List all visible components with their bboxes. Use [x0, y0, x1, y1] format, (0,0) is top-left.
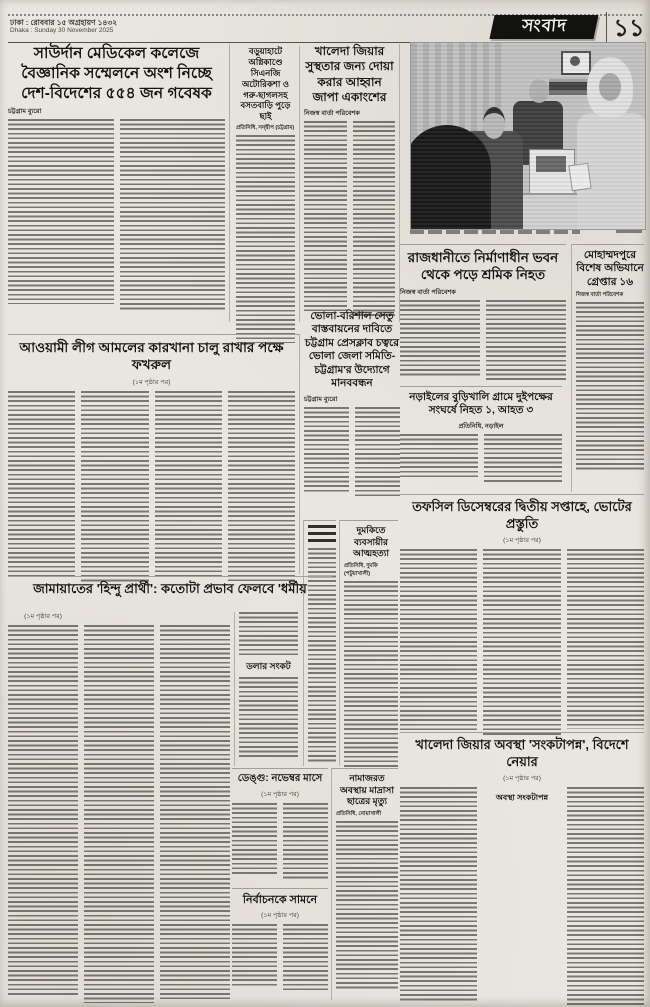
continued-from-page1: (১ম পৃষ্ঠার পর): [400, 535, 644, 546]
headline: বড়ুয়াহাটে অগ্নিকাণ্ডে সিএনজি অটোরিকশা …: [236, 46, 295, 122]
byline: চট্টগ্রাম ব্যুরো: [304, 394, 400, 405]
body-text: [336, 821, 398, 989]
text-column: [344, 581, 398, 769]
small-subhead-lines: [308, 525, 336, 545]
text-column: [8, 625, 78, 995]
text-column: [8, 119, 114, 304]
article-bhola-bridge: ভোলা-বরিশাল সেতু বাস্তবায়নের দাবিতে চট্…: [304, 310, 400, 520]
continued-from-page1: (১ম পৃষ্ঠার পর): [400, 773, 644, 784]
text-column: [567, 549, 644, 729]
text-block: [239, 612, 298, 656]
article-jamaat-hindu-body: (১ম পৃষ্ঠার পর): [8, 610, 230, 1000]
headline: মোহাম্মদপুরে বিশেষ অভিযানে গ্রেপ্তার ১৬: [576, 249, 644, 289]
mid-column-dollar: ডলার সংকট: [234, 612, 298, 766]
body-text: [400, 549, 644, 735]
masthead-title: সংবাদ: [520, 13, 568, 41]
headline: ডেঙ্গু: নভেম্বর মাসে: [232, 773, 328, 786]
dateline-bangla: ঢাকা : রোববার ১৫ অগ্রহায়ণ ১৪৩২: [10, 18, 230, 27]
text-column: অবস্থা সংকটাপন্ন: [483, 787, 560, 810]
text-column: [304, 121, 347, 311]
newspaper-page: ঢাকা : রোববার ১৫ অগ্রহায়ণ ১৪৩২ Dhaka : …: [0, 0, 650, 1007]
headline: ভোলা-বরিশাল সেতু বাস্তবায়নের দাবিতে চট্…: [304, 310, 400, 391]
text-column: [483, 549, 560, 735]
photo-caption: [410, 230, 580, 234]
byline: প্রতিনিধি, দুমকি (পটুয়াখালী): [344, 563, 398, 579]
text-column: [576, 302, 644, 472]
text-column: [232, 803, 277, 875]
news-photo: [410, 42, 646, 230]
body-text: [400, 300, 566, 382]
body-text: [8, 119, 225, 311]
continued-from-page1: (১ম পৃষ্ঠার পর): [232, 910, 328, 921]
text-column: [400, 300, 480, 378]
header-divider: [606, 12, 607, 42]
headline: খালেদা জিয়ার অবস্থা 'সংকটাপন্ন', বিদেশে…: [400, 737, 644, 770]
continued-from-page1: (১ম পৃষ্ঠার পর): [232, 789, 328, 800]
article-fire: বড়ুয়াহাটে অগ্নিকাণ্ডে সিএনজি অটোরিকশা …: [236, 46, 300, 322]
text-column: [353, 121, 396, 317]
body-text: অবস্থা সংকটাপন্ন: [400, 787, 644, 1005]
masthead-logo: সংবাদ: [489, 15, 598, 39]
article-dengue-november: ডেঙ্গু: নভেম্বর মাসে (১ম পৃষ্ঠার পর): [232, 768, 328, 886]
photo-credit: [616, 230, 642, 233]
body-text: [8, 391, 295, 583]
article-madrasa-death: নামাজরত অবস্থায় মাদ্রাসা ছাত্রের মৃত্যু…: [331, 768, 398, 1000]
article-mohammadpur-arrest: মোহাম্মদপুরে বিশেষ অভিযানে গ্রেপ্তার ১৬ …: [571, 244, 644, 492]
article-khaleda-condition: খালেদা জিয়ার অবস্থা 'সংকটাপন্ন', বিদেশে…: [400, 732, 644, 1000]
text-column: [84, 625, 154, 1003]
photo-grain-overlay: [411, 43, 645, 229]
body-text: [304, 407, 400, 497]
body-text: [304, 121, 395, 317]
subhead-dollar-crisis: ডলার সংকট: [239, 659, 298, 674]
text-block: [239, 677, 298, 759]
article-election-ahead: নির্বাচনকে সামনে (১ম পৃষ্ঠার পর): [232, 888, 328, 1000]
byline: প্রতিনিধি, নোয়াখালী: [336, 811, 398, 819]
headline: নামাজরত অবস্থায় মাদ্রাসা ছাত্রের মৃত্যু: [336, 773, 398, 808]
body-text: [344, 581, 398, 769]
byline: চট্টগ্রাম ব্যুরো: [8, 106, 225, 117]
text-column: [228, 391, 295, 581]
text-column: [283, 803, 328, 879]
text-column: [8, 391, 75, 579]
text-column: [567, 787, 644, 1005]
text-column: [400, 549, 477, 731]
body-text: [400, 434, 562, 484]
mid-narrow-column: [303, 520, 336, 766]
byline: নিজস্ব বার্তা পরিবেশক: [576, 292, 644, 300]
text-column: [304, 407, 349, 493]
continued-from-page1: (১ম পৃষ্ঠার পর): [8, 611, 78, 622]
headline: নির্বাচনকে সামনে: [232, 893, 328, 907]
byline: নিজস্ব বার্তা পরিবেশক: [400, 287, 566, 298]
text-column: [120, 119, 226, 311]
headline: জামায়াতের 'হিন্দু প্রার্থী': কতোটা প্রভ…: [8, 581, 332, 598]
text-column: [400, 434, 478, 480]
article-jamaat-hindu-headline: জামায়াতের 'হিন্দু প্রার্থী': কতোটা প্রভ…: [8, 576, 332, 612]
text-column: [155, 391, 222, 577]
text-column: [81, 391, 148, 583]
text-column: [336, 821, 398, 989]
article-southern-medical: সাউর্দান মেডিকেল কলেজে বৈজ্ঞানিক সম্মেলন…: [8, 44, 230, 322]
text-column: [283, 924, 328, 990]
article-schedule-december: তফসিল ডিসেম্বরের দ্বিতীয় সপ্তাহে, ভোটের…: [400, 494, 644, 730]
body-text: [576, 302, 644, 472]
headline: দুমকিতে ব্যবসায়ীর আত্মহত্যা: [344, 525, 398, 560]
text-column: [400, 787, 477, 1001]
text-column: [232, 924, 277, 986]
body-text: [236, 135, 295, 343]
article-fakhrul-factory: আওয়ামী লীগ আমলের কারখানা চালু রাখার পক্…: [8, 334, 300, 574]
body-text: [232, 924, 328, 990]
continued-from-page1: (১ম পৃষ্ঠার পর): [8, 377, 295, 388]
article-khaleda-dua: খালেদা জিয়ার সুস্থতার জন্য দোয়া করার আ…: [304, 44, 400, 322]
article-narail-clash: নড়াইলের বুড়িখালি গ্রামে দুইপক্ষের সংঘর…: [400, 386, 562, 492]
inline-subhead: অবস্থা সংকটাপন্ন: [483, 792, 560, 805]
text-column: [484, 434, 562, 484]
headline: নড়াইলের বুড়িখালি গ্রামে দুইপক্ষের সংঘর…: [400, 391, 562, 418]
body-text: [232, 803, 328, 879]
headline: রাজধানীতে নির্মাণাধীন ভবন থেকে পড়ে শ্রম…: [400, 249, 566, 284]
byline: প্রতিনিধি, নড়াইল: [400, 421, 562, 432]
body-text: [8, 625, 230, 1003]
headline: আওয়ামী লীগ আমলের কারখানা চালু রাখার পক্…: [8, 339, 295, 374]
headline: তফসিল ডিসেম্বরের দ্বিতীয় সপ্তাহে, ভোটের…: [400, 499, 644, 532]
dateline: ঢাকা : রোববার ১৫ অগ্রহায়ণ ১৪৩২ Dhaka : …: [10, 18, 230, 36]
byline: নিজস্ব বার্তা পরিবেশক: [304, 108, 395, 119]
headline: সাউর্দান মেডিকেল কলেজে বৈজ্ঞানিক সম্মেলন…: [8, 44, 225, 103]
text-column: [486, 300, 566, 382]
article-worker-death: রাজধানীতে নির্মাণাধীন ভবন থেকে পড়ে শ্রম…: [400, 244, 566, 386]
text-column: [236, 135, 295, 343]
dateline-english: Dhaka : Sunday 30 November 2025: [10, 27, 230, 35]
headline: খালেদা জিয়ার সুস্থতার জন্য দোয়া করার আ…: [304, 44, 395, 105]
byline: প্রতিনিধি, সন্দ্বীপ (চট্টগ্রাম): [236, 125, 295, 133]
text-column: [355, 407, 400, 497]
article-dumki-suicide: দুমকিতে ব্যবসায়ীর আত্মহত্যা প্রতিনিধি, …: [339, 520, 398, 766]
text-column: [160, 625, 230, 999]
